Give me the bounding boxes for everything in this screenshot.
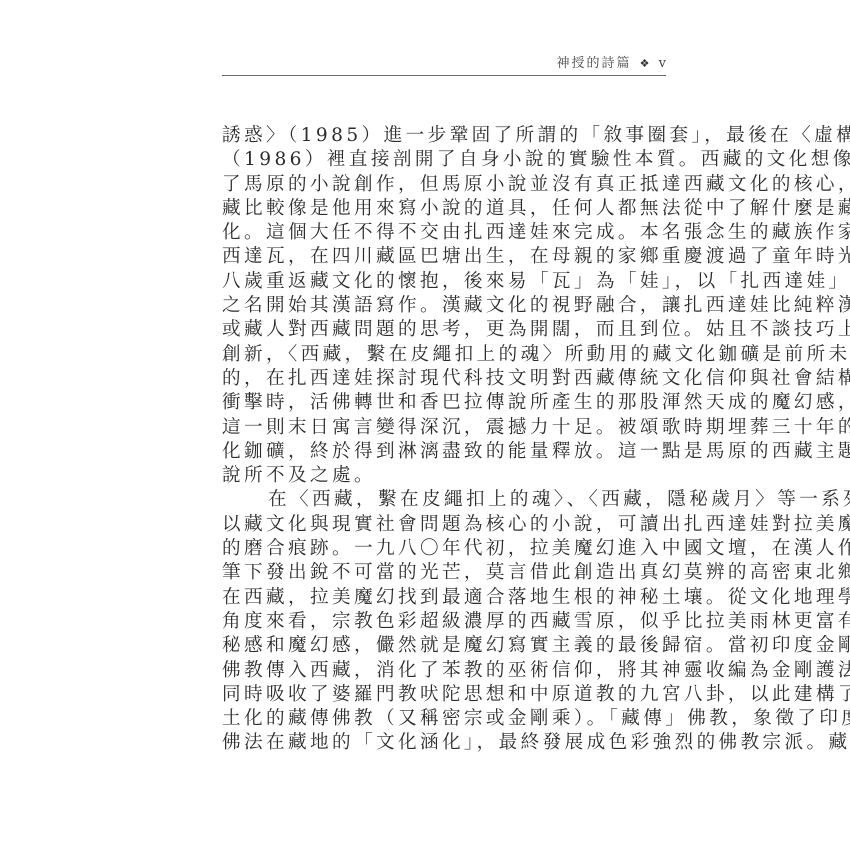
text-line: 化。這個大任不得不交由扎西達娃來完成。本名張念生的藏族作家扎 [222,221,668,245]
text-line: 藏比較像是他用來寫小說的道具，任何人都無法從中了解什麼是藏文 [222,197,668,221]
body-text: 誘惑〉（1985）進一步鞏固了所謂的「敘事圈套」，最後在〈虛構〉 （1986）裡… [222,124,668,756]
text-line: 誘惑〉（1985）進一步鞏固了所謂的「敘事圈套」，最後在〈虛構〉 [222,124,668,148]
ornament-icon: ❖ [640,57,650,70]
text-line: 之名開始其漢語寫作。漢藏文化的視野融合，讓扎西達娃比純粹漢人 [222,294,668,318]
text-line: 西達瓦，在四川藏區巴塘出生，在母親的家鄉重慶渡過了童年時光， [222,245,668,269]
text-line: 土化的藏傳佛教（又稱密宗或金剛乘）。「藏傳」佛教，象徵了印度 [222,707,668,731]
text-line: 在西藏，拉美魔幻找到最適合落地生根的神秘土壤。從文化地理學的 [222,586,668,610]
text-line: 筆下發出銳不可當的光芒，莫言借此創造出真幻莫辨的高密東北鄉； [222,561,668,585]
text-line: 佛法在藏地的「文化涵化」，最終發展成色彩強烈的佛教宗派。藏傳 [222,731,668,755]
text-line: 的，在扎西達娃探討現代科技文明對西藏傳統文化信仰與社會結構的 [222,367,668,391]
paragraph-start-line: 在〈西藏，繫在皮繩扣上的魂〉、〈西藏，隱秘歲月〉等一系列 [222,488,668,512]
text-line: 秘感和魔幻感，儼然就是魔幻寫實主義的最後歸宿。當初印度金剛乘 [222,634,668,658]
running-title: 神授的詩篇 [556,56,631,71]
text-line: 化鉫礦，終於得到淋漓盡致的能量釋放。這一點是馬原的西藏主題小 [222,440,668,464]
text-line: 衝擊時，活佛轉世和香巴拉傳說所產生的那股渾然天成的魔幻感，讓 [222,391,668,415]
book-page: 神授的詩篇 ❖ v 誘惑〉（1985）進一步鞏固了所謂的「敘事圈套」，最後在〈虛… [0,0,850,850]
page-number: v [659,56,666,71]
text-line: 或藏人對西藏問題的思考，更為開闊，而且到位。姑且不談技巧上的 [222,318,668,342]
text-line: 同時吸收了婆羅門教吠陀思想和中原道教的九宮八卦，以此建構了本 [222,683,668,707]
text-line: 的磨合痕跡。一九八〇年代初，拉美魔幻進入中國文壇，在漢人作家 [222,537,668,561]
text-line: 角度來看，宗教色彩超級濃厚的西藏雪原，似乎比拉美雨林更富有神 [222,610,668,634]
text-line: 說所不及之處。 [222,464,668,488]
text-line: 八歲重返藏文化的懷抱，後來易「瓦」為「娃」，以「扎西達娃」 [222,270,668,294]
text-line: 創新，〈西藏，繫在皮繩扣上的魂〉所動用的藏文化鉫礦是前所未見 [222,343,668,367]
running-head: 神授的詩篇 ❖ v [222,52,666,72]
text-line: 以藏文化與現實社會問題為核心的小說，可讀出扎西達娃對拉美魔幻 [222,513,668,537]
text-line: 佛教傳入西藏，消化了苯教的巫術信仰，將其神靈收編為金剛護法， [222,659,668,683]
text-line: 了馬原的小說創作，但馬原小說並沒有真正抵達西藏文化的核心，西 [222,173,668,197]
header-rule [222,75,666,76]
text-line: （1986）裡直接剖開了自身小說的實驗性本質。西藏的文化想像孕育 [222,148,668,172]
text-line: 這一則末日寓言變得深沉，震撼力十足。被頌歌時期埋葬三十年的文 [222,416,668,440]
